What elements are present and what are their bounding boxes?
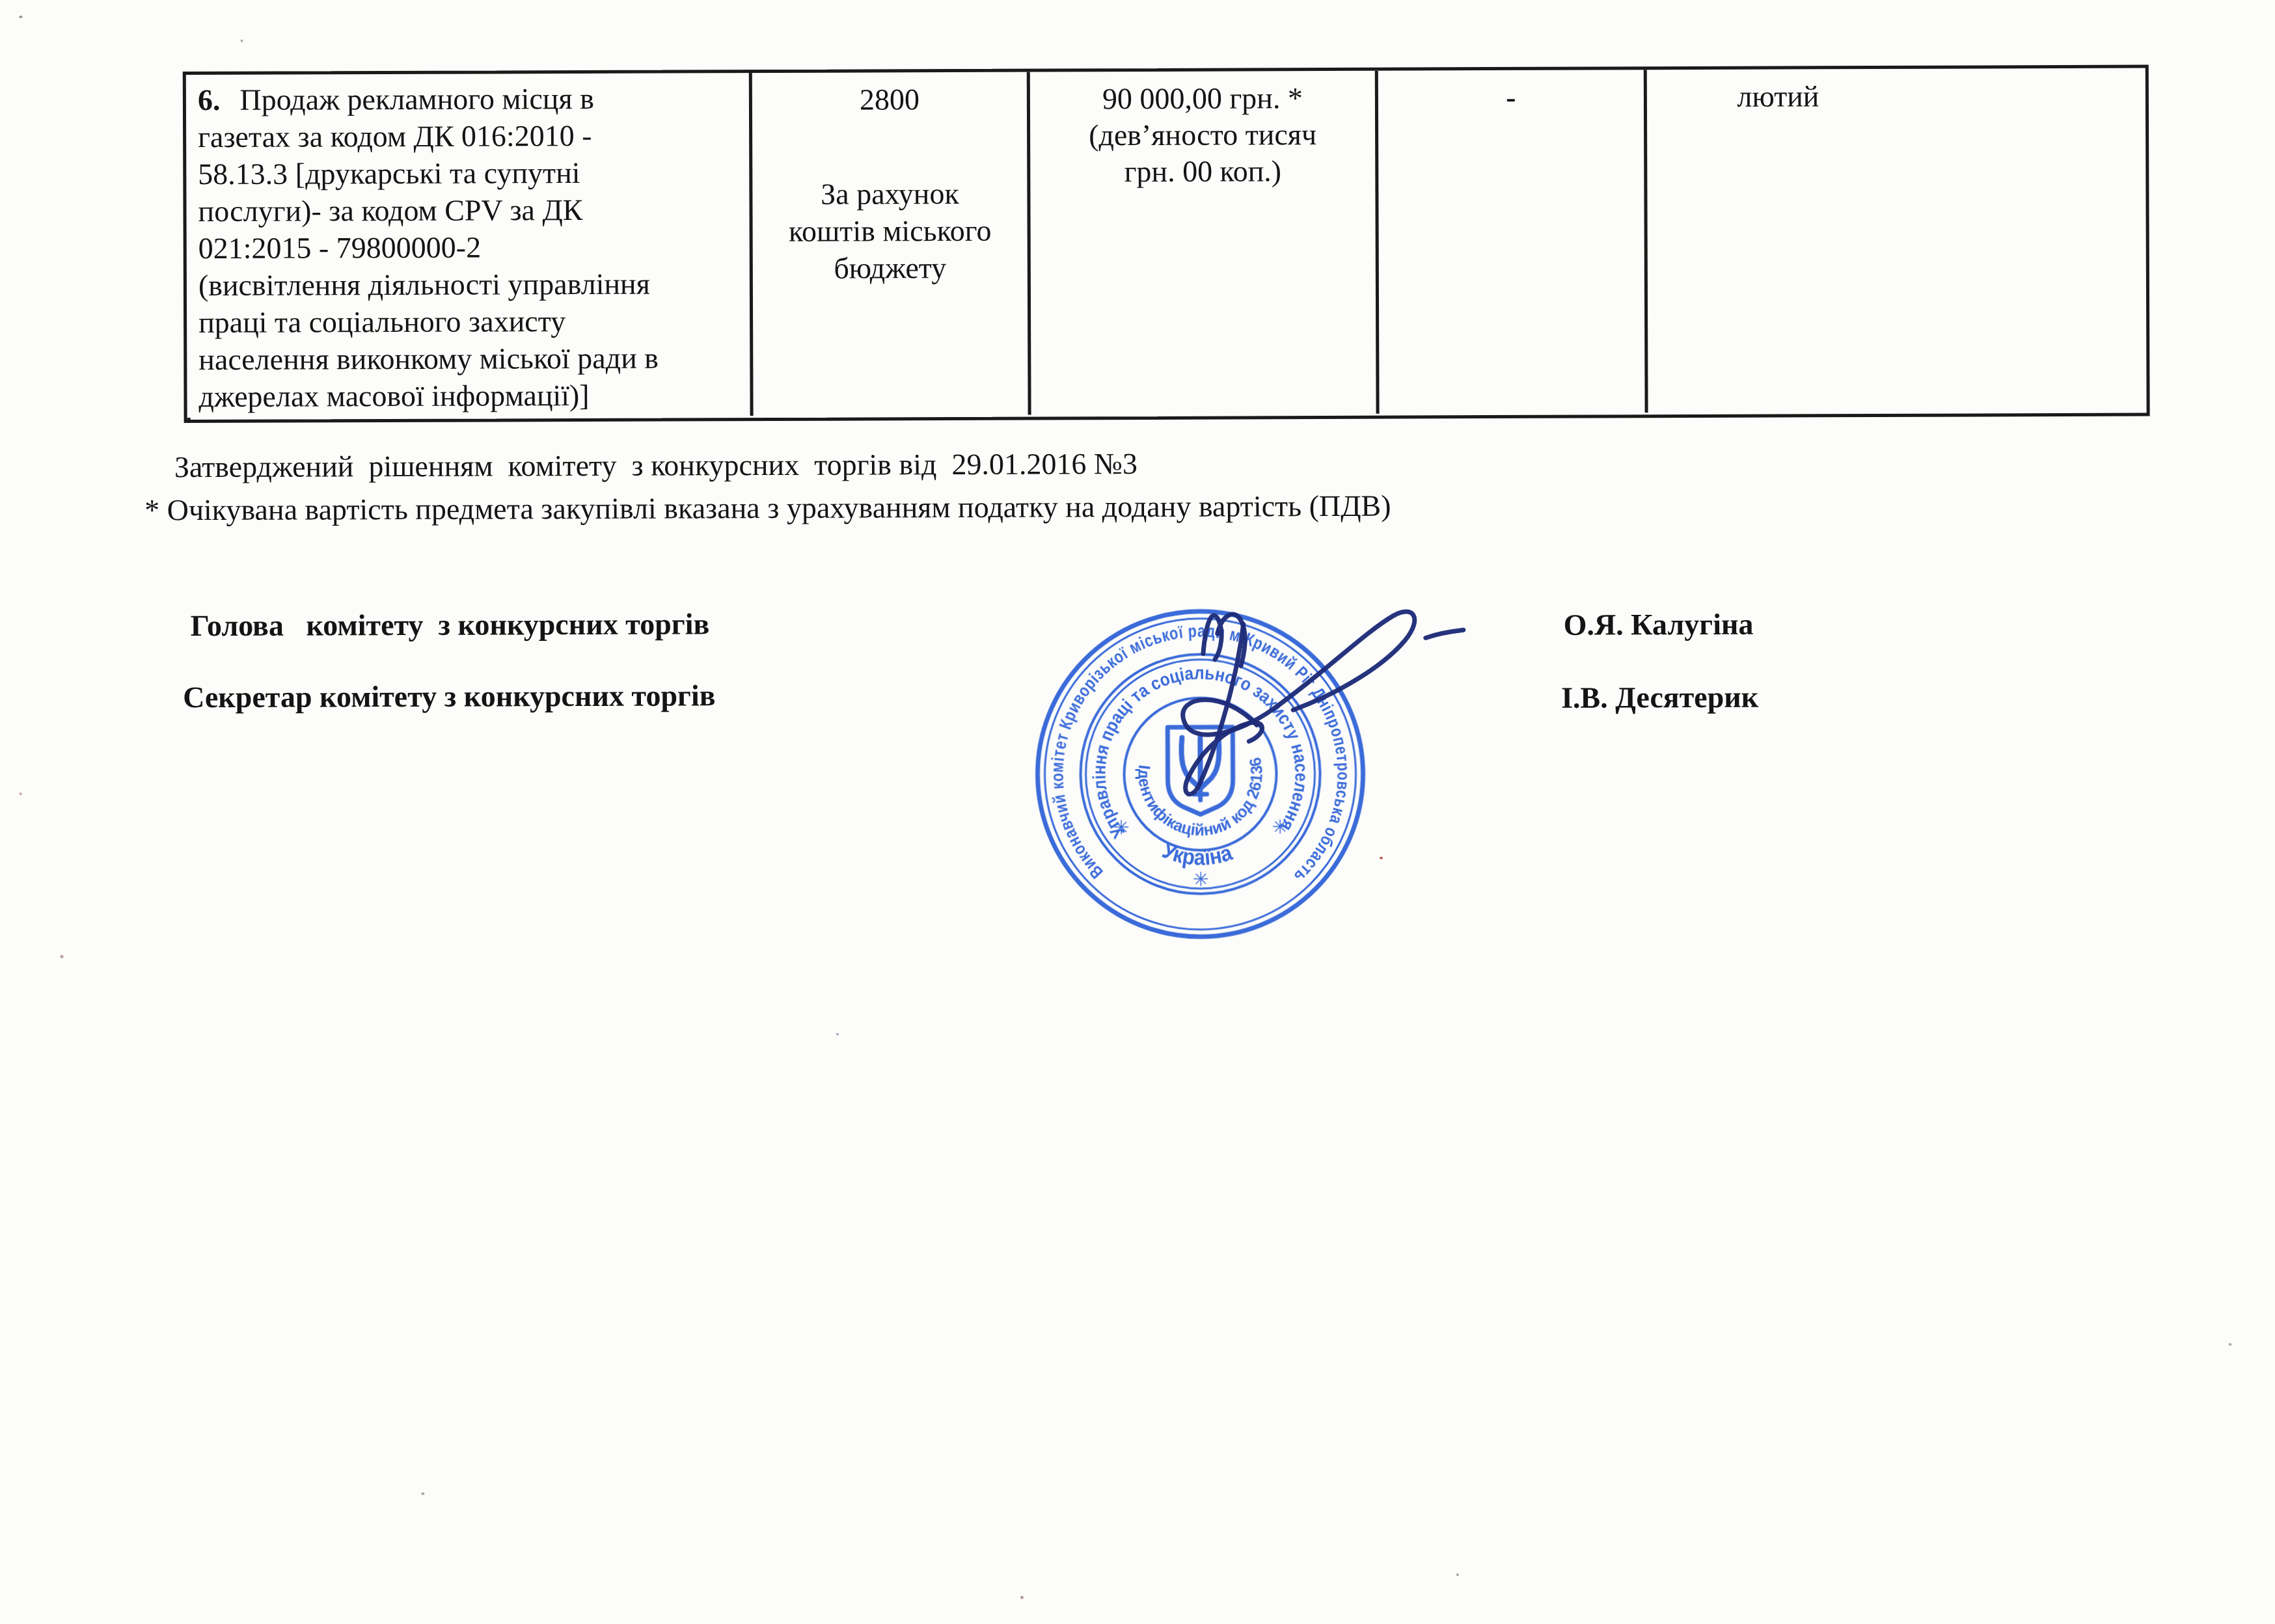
term-value: лютий [1647,78,1909,115]
signatory-title-secretary: Секретар комітету з конкурсних торгів [183,678,716,714]
budget-code: 2800 [752,81,1027,118]
procurement-table: 6.Продаж рекламного місця в газетах за к… [183,65,2150,424]
handwritten-signature [1015,565,1511,879]
signatory-title-head: Голова комітету з конкурсних торгів [191,606,710,643]
expected-value: 90 000,00 грн. * (дев’яносто тисяч грн. … [1030,80,1376,191]
row-number: 6. [198,83,221,116]
footnote-line: * Очікувана вартість предмета закупівлі … [144,489,1391,528]
cell-expected-value: 90 000,00 грн. * (дев’яносто тисяч грн. … [1027,71,1376,414]
approval-line: Затверджений рішенням комітету з конкурс… [174,446,1137,484]
funding-source: За рахунок коштів міського бюджету [782,175,998,287]
signatory-name-secretary: І.В. Десятерик [1561,680,1758,715]
scanned-document-page: 6.Продаж рекламного місця в газетах за к… [0,0,2275,1624]
procedure-value: - [1378,79,1644,116]
document-content: 6.Продаж рекламного місця в газетах за к… [0,0,2275,1624]
procurement-description: Продаж рекламного місця в газетах за код… [198,82,659,413]
cell-subject-of-procurement: 6.Продаж рекламного місця в газетах за к… [186,73,750,418]
cell-procedure: - [1375,70,1645,413]
cell-term: лютий [1644,69,1911,413]
scan-artifacts [0,0,2273,4]
signatory-name-head: О.Я. Калугіна [1564,607,1754,642]
cell-budget-code: 2800 За рахунок коштів міського бюджету [749,72,1028,416]
